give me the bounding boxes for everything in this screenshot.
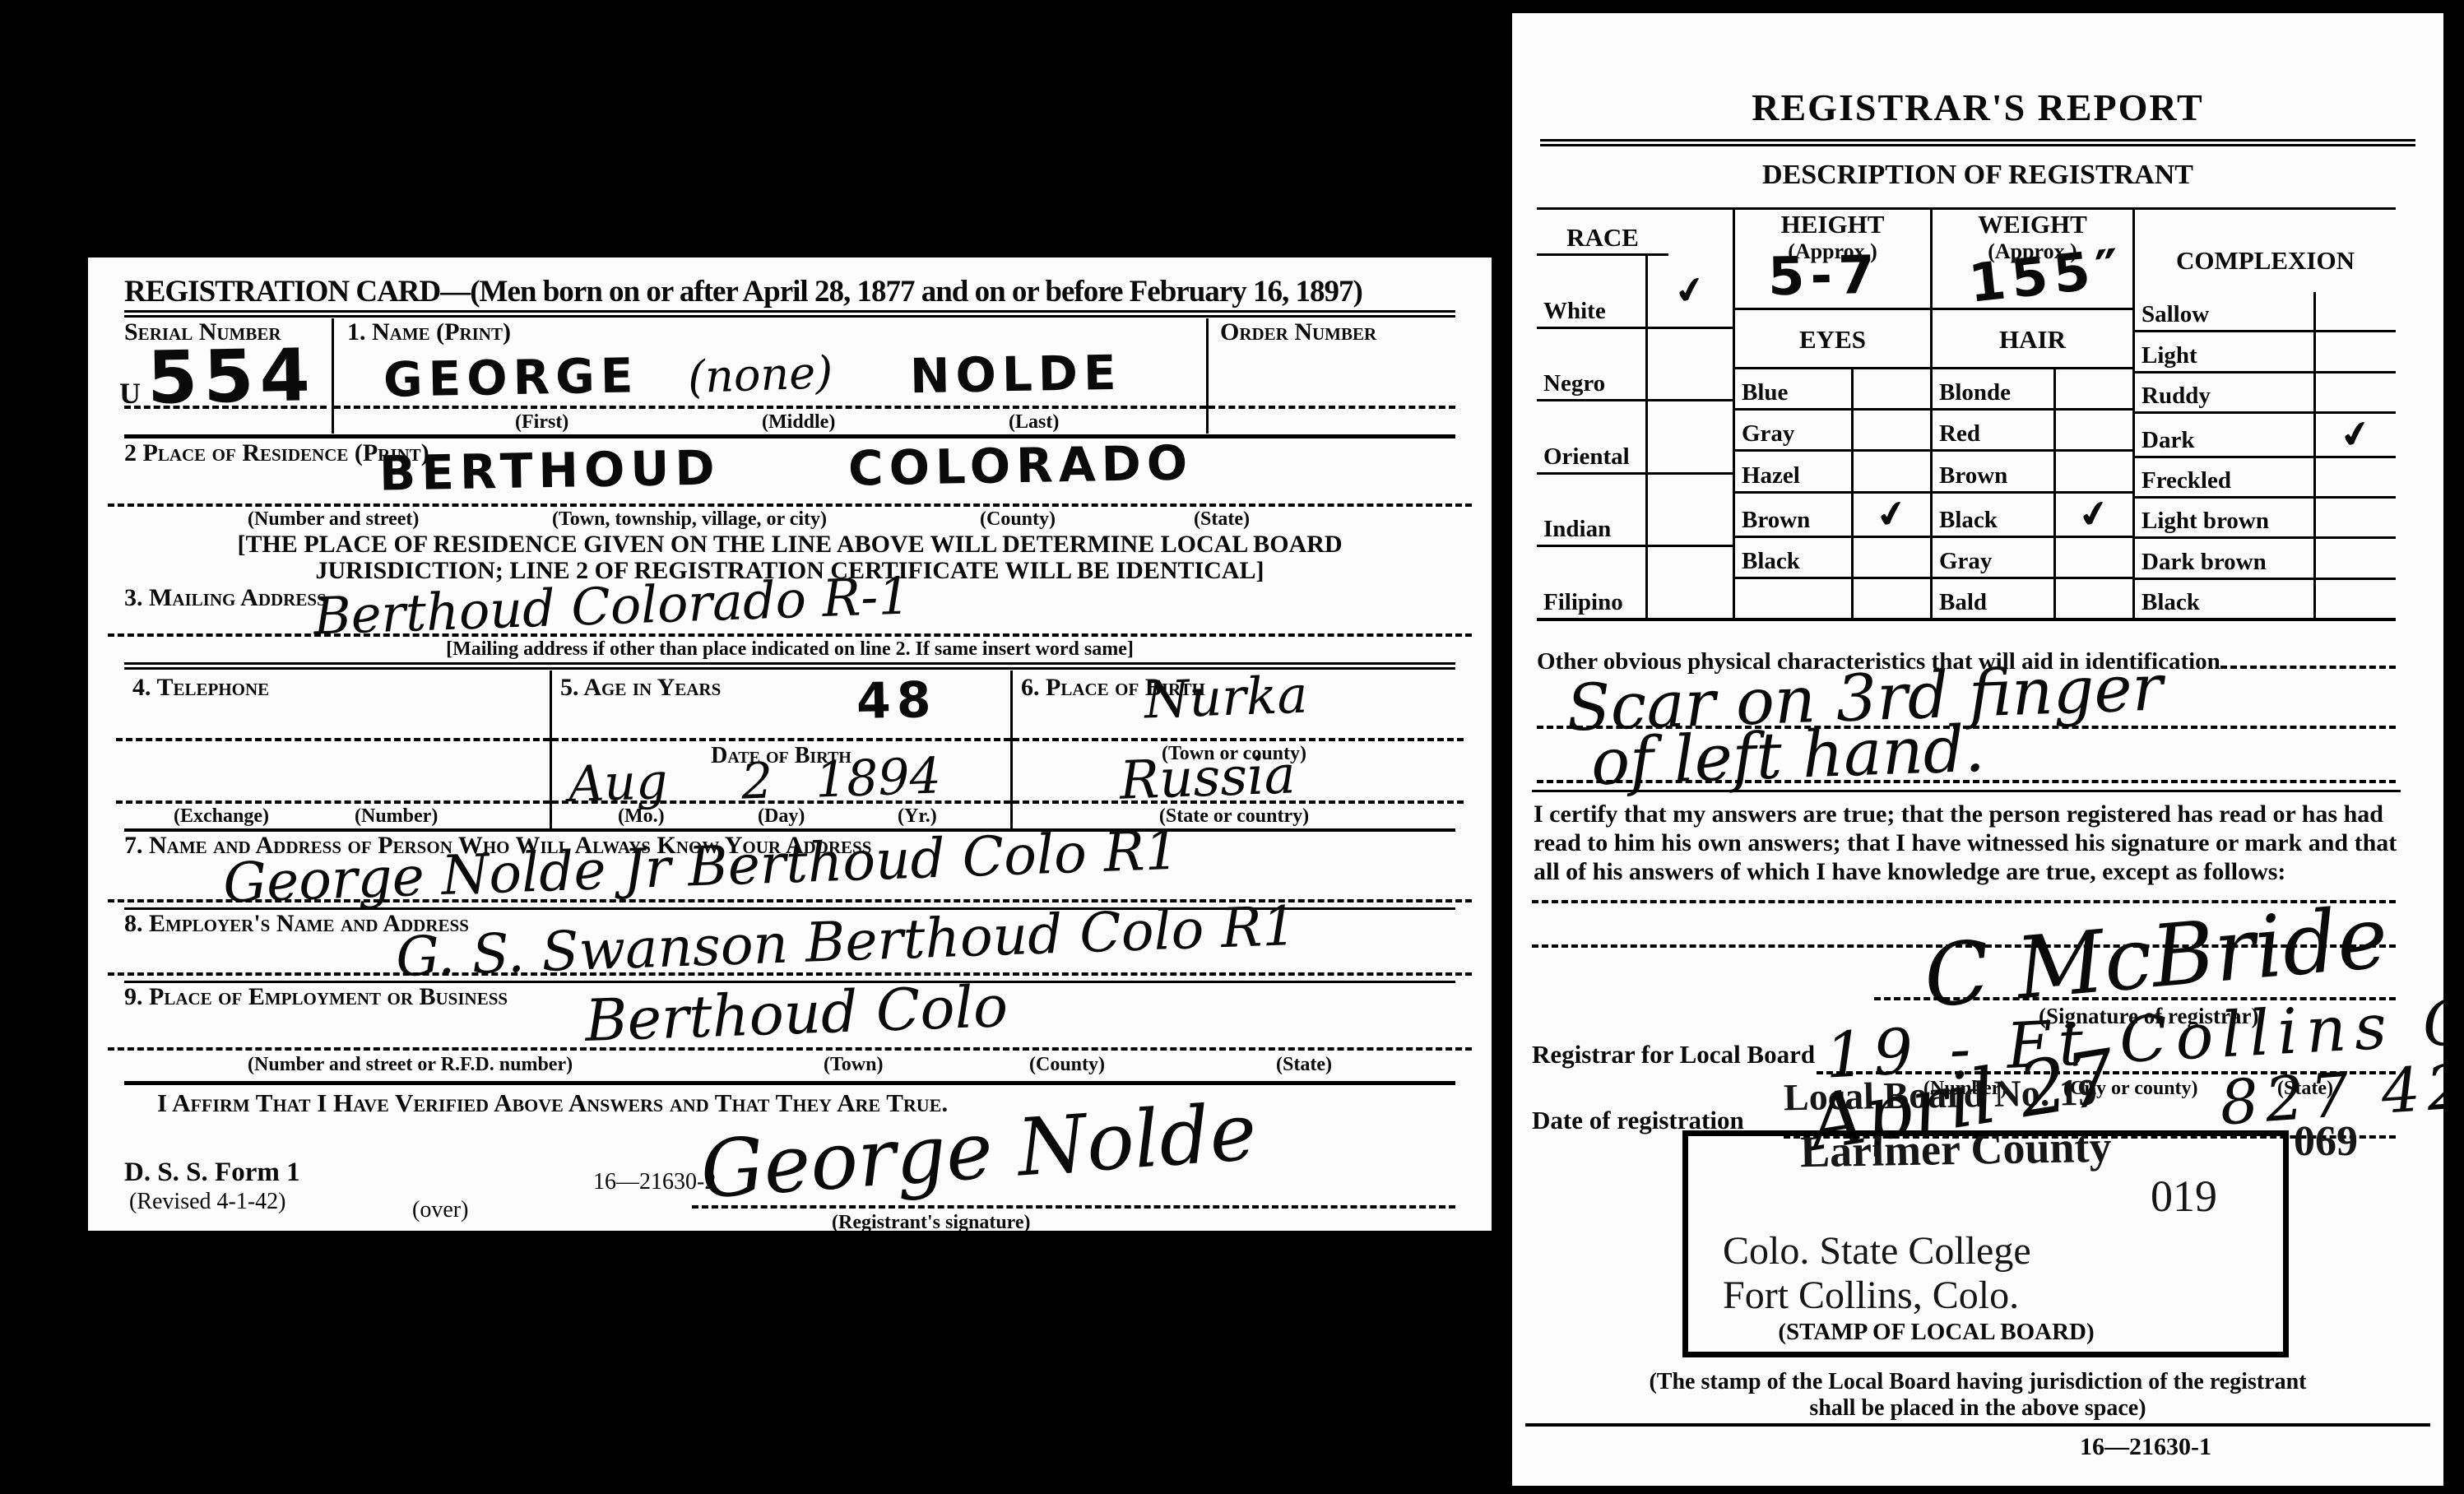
hair-row-red: Red [1933, 411, 2132, 452]
telephone-age-birth-row: 4. Telephone (Exchange) (Number) 5. Age … [124, 670, 1455, 832]
name-sublabel-middle: (Middle) [762, 411, 835, 434]
hair-row-gray: Gray [1933, 538, 2132, 579]
complexion-row-light-brown: Light brown [2135, 499, 2396, 539]
name-first-value: GEORGE [383, 347, 639, 407]
eyes-brown-checkmark: ✔ [1872, 490, 1911, 538]
mailing-address-label: 3. Mailing Address [124, 584, 327, 611]
employer-line [108, 972, 1472, 976]
age-cell: 5. Age in Years 48 Date of Birth Aug 2 1… [552, 670, 1013, 828]
telephone-sublabel-exchange: (Exchange) [174, 805, 269, 828]
hair-row-bald: Bald [1933, 579, 2132, 618]
employment-sublabel-street: (Number and street or R.F.D. number) [248, 1054, 573, 1076]
hair-row-brown: Brown [1933, 452, 2132, 493]
complexion-dark-checkmark: ✔ [2336, 411, 2375, 459]
complexion-row-light: Light [2135, 332, 2396, 373]
divider [1532, 790, 2401, 792]
serial-name-order-row: Serial Number U 554 1. Name (Print) GEOR… [124, 318, 1455, 434]
eyes-row-gray: Gray [1735, 411, 1930, 452]
residence-state-value: COLORADO [847, 434, 1193, 496]
hair-row-blonde: Blonde [1933, 369, 2132, 411]
residence-sublabel-town: (Town, township, village, or city) [552, 508, 827, 531]
height-eyes-column: HEIGHT (Approx.) 5-7 EYES Blue Gray Haze… [1733, 210, 1930, 618]
certification-paragraph: I certify that my answers are true; that… [1534, 800, 2399, 886]
divider [1525, 1423, 2430, 1427]
stamp-college-line: Colo. State College [1723, 1228, 2031, 1274]
eyes-row-blank [1735, 579, 1930, 618]
mailing-address-section: 3. Mailing Address Berthoud Colorado R-1… [124, 584, 1455, 661]
race-row-oriental: Oriental [1537, 401, 1733, 475]
race-row-filipino: Filipino [1537, 547, 1733, 618]
employment-sublabel-state: (State) [1276, 1054, 1332, 1076]
dob-sublabel-year: (Yr.) [898, 805, 937, 828]
order-number-label: Order Number [1220, 318, 1455, 346]
hair-row-black: Black ✔ [1933, 494, 2132, 538]
employer-section: 8. Employer's Name and Address G. S. Swa… [124, 910, 1455, 981]
other-line2 [1537, 780, 2396, 783]
eyes-row-hazel: Hazel [1735, 452, 1930, 493]
birth-line1 [1013, 738, 1464, 741]
dob-sublabel-day: (Day) [758, 805, 805, 828]
telephone-line1 [116, 738, 550, 741]
description-of-registrant-subtitle: DESCRIPTION OF REGISTRANT [1512, 160, 2443, 191]
height-header: HEIGHT [1735, 210, 1930, 239]
local-board-label: Registrar for Local Board [1532, 1040, 1815, 1069]
birth-town-value: Nurka [1144, 665, 1309, 731]
complexion-row-ruddy: Ruddy [2135, 373, 2396, 414]
employment-place-section: 9. Place of Employment or Business Berth… [124, 983, 1455, 1080]
stamp-number-019: 019 [2151, 1171, 2217, 1222]
residence-section: 2 Place of Residence (Print) BERTHOUD CO… [124, 439, 1455, 531]
residence-line [108, 503, 1472, 507]
telephone-label: 4. Telephone [132, 674, 541, 702]
registrant-signature-sublabel: (Registrant's signature) [832, 1212, 1031, 1231]
registrant-signature-line [692, 1205, 1455, 1209]
race-row-negro: Negro [1537, 329, 1733, 402]
description-table: RACE White ✔ Negro Oriental Indian Filip… [1537, 210, 2396, 621]
name-line [334, 406, 1206, 409]
stamp-city-line: Fort Collins, Colo. [1723, 1273, 2019, 1318]
height-value: 5-7 [1767, 245, 1881, 308]
serial-line [124, 406, 327, 409]
employment-sublabel-town: (Town) [824, 1054, 883, 1076]
eyes-header: EYES [1735, 310, 1930, 369]
age-value: 48 [856, 671, 937, 731]
weight-cell: WEIGHT (Approx.) 155″ [1933, 210, 2132, 310]
dob-sublabel-month: (Mo.) [618, 805, 665, 828]
registrars-report-title: REGISTRAR'S REPORT [1512, 86, 2443, 129]
name-last-value: NOLDE [909, 345, 1122, 404]
serial-number-cell: Serial Number U 554 [124, 318, 334, 434]
form-print-code: 16—21630-2 [593, 1169, 716, 1195]
stamp-of-local-board-caption: (STAMP OF LOCAL BOARD) [1688, 1319, 2184, 1346]
race-column: RACE White ✔ Negro Oriental Indian Filip… [1537, 210, 1733, 618]
weight-hair-column: WEIGHT (Approx.) 155″ HAIR Blonde Red Br… [1930, 210, 2132, 618]
employment-place-value: Berthoud Colo [584, 972, 1009, 1055]
height-cell: HEIGHT (Approx.) 5-7 [1735, 210, 1930, 310]
complexion-row-black: Black [2135, 580, 2396, 618]
form-id: D. S. S. Form 1 [124, 1158, 300, 1188]
race-white-checkmark: ✔ [1671, 267, 1710, 315]
age-line [552, 738, 1010, 741]
stamp-instruction-line2: shall be placed in the above space) [1512, 1395, 2443, 1422]
stamp-instruction-line1: (The stamp of the Local Board having jur… [1512, 1369, 2443, 1395]
certification-line1: I certify that my answers are true; that… [1534, 800, 2399, 828]
telephone-cell: 4. Telephone (Exchange) (Number) [124, 670, 552, 828]
complexion-column: COMPLEXION Sallow Light Ruddy Dark ✔ Fre… [2132, 210, 2396, 618]
employment-line [108, 1047, 1472, 1051]
residence-sublabel-county: (County) [980, 508, 1056, 531]
weight-header: WEIGHT [1933, 210, 2132, 239]
complexion-header: COMPLEXION [2135, 210, 2396, 292]
order-line [1209, 406, 1455, 409]
divider [124, 434, 1455, 438]
hair-black-checkmark: ✔ [2075, 490, 2114, 538]
employment-sublabel-county: (County) [1029, 1054, 1105, 1076]
other-characteristics-value-line2: of left hand. [1590, 712, 1986, 800]
stamp-number-069: 069 [2294, 1117, 2358, 1166]
name-sublabel-first: (First) [515, 411, 568, 434]
stamp-of-local-board-box: 019 Colo. State College Fort Collins, Co… [1682, 1130, 2289, 1357]
order-number-cell: Order Number [1209, 318, 1455, 434]
complexion-row-freckled: Freckled [2135, 458, 2396, 499]
divider [124, 1081, 1455, 1085]
other-characteristics-dashes [2220, 651, 2396, 669]
complexion-row-sallow: Sallow [2135, 292, 2396, 332]
registrars-report-back: REGISTRAR'S REPORT DESCRIPTION OF REGIST… [1512, 13, 2443, 1486]
complexion-row-dark-brown: Dark brown [2135, 539, 2396, 579]
over-note: (over) [412, 1197, 468, 1223]
complexion-row-dark: Dark ✔ [2135, 414, 2396, 458]
dob-month-value: Aug [568, 753, 669, 814]
divider [1540, 139, 2415, 146]
mailing-line [108, 633, 1472, 637]
dob-line [552, 800, 1010, 804]
eyes-row-black: Black [1735, 538, 1930, 579]
divider [124, 310, 1455, 318]
registration-card-title: REGISTRATION CARD—(Men born on or after … [124, 274, 1455, 309]
name-cell: 1. Name (Print) GEORGE (none) NOLDE (Fir… [334, 318, 1209, 434]
telephone-line2 [116, 800, 550, 804]
affirmation-text: I Affirm That I Have Verified Above Answ… [124, 1088, 1455, 1118]
form-print-code-back: 16—21630-1 [2080, 1433, 2211, 1461]
race-header: RACE [1537, 210, 1668, 256]
name-sublabel-last: (Last) [1009, 411, 1059, 434]
mailing-sublabel: [Mailing address if other than place ind… [124, 638, 1455, 661]
registration-card-front: REGISTRATION CARD—(Men born on or after … [88, 258, 1492, 1231]
employment-place-label: 9. Place of Employment or Business [124, 983, 508, 1010]
eyes-row-brown: Brown ✔ [1735, 494, 1930, 538]
place-of-birth-cell: 6. Place of Birth Nurka (Town or county)… [1013, 670, 1455, 828]
residence-sublabel-street: (Number and street) [248, 508, 419, 531]
hair-header: HAIR [1933, 310, 2132, 369]
birth-line2 [1013, 800, 1464, 804]
certification-line3: all of his answers of which I have knowl… [1534, 857, 2399, 886]
eyes-row-blue: Blue [1735, 369, 1930, 411]
form-revision: (Revised 4-1-42) [129, 1189, 286, 1215]
race-row-indian: Indian [1537, 475, 1733, 548]
residence-sublabel-state: (State) [1194, 508, 1250, 531]
jurisdiction-note-line1: [THE PLACE OF RESIDENCE GIVEN ON THE LIN… [124, 531, 1455, 558]
residence-town-value: BERTHOUD [378, 439, 721, 501]
race-row-white: White ✔ [1537, 256, 1733, 329]
name-middle-value: (none) [687, 346, 833, 403]
certification-line2: read to him his own answers; that I have… [1534, 828, 2399, 857]
card-footer: D. S. S. Form 1 (Revised 4-1-42) (over) … [124, 1118, 1455, 1231]
telephone-sublabel-number: (Number) [355, 805, 438, 828]
name-label: 1. Name (Print) [347, 318, 1206, 346]
